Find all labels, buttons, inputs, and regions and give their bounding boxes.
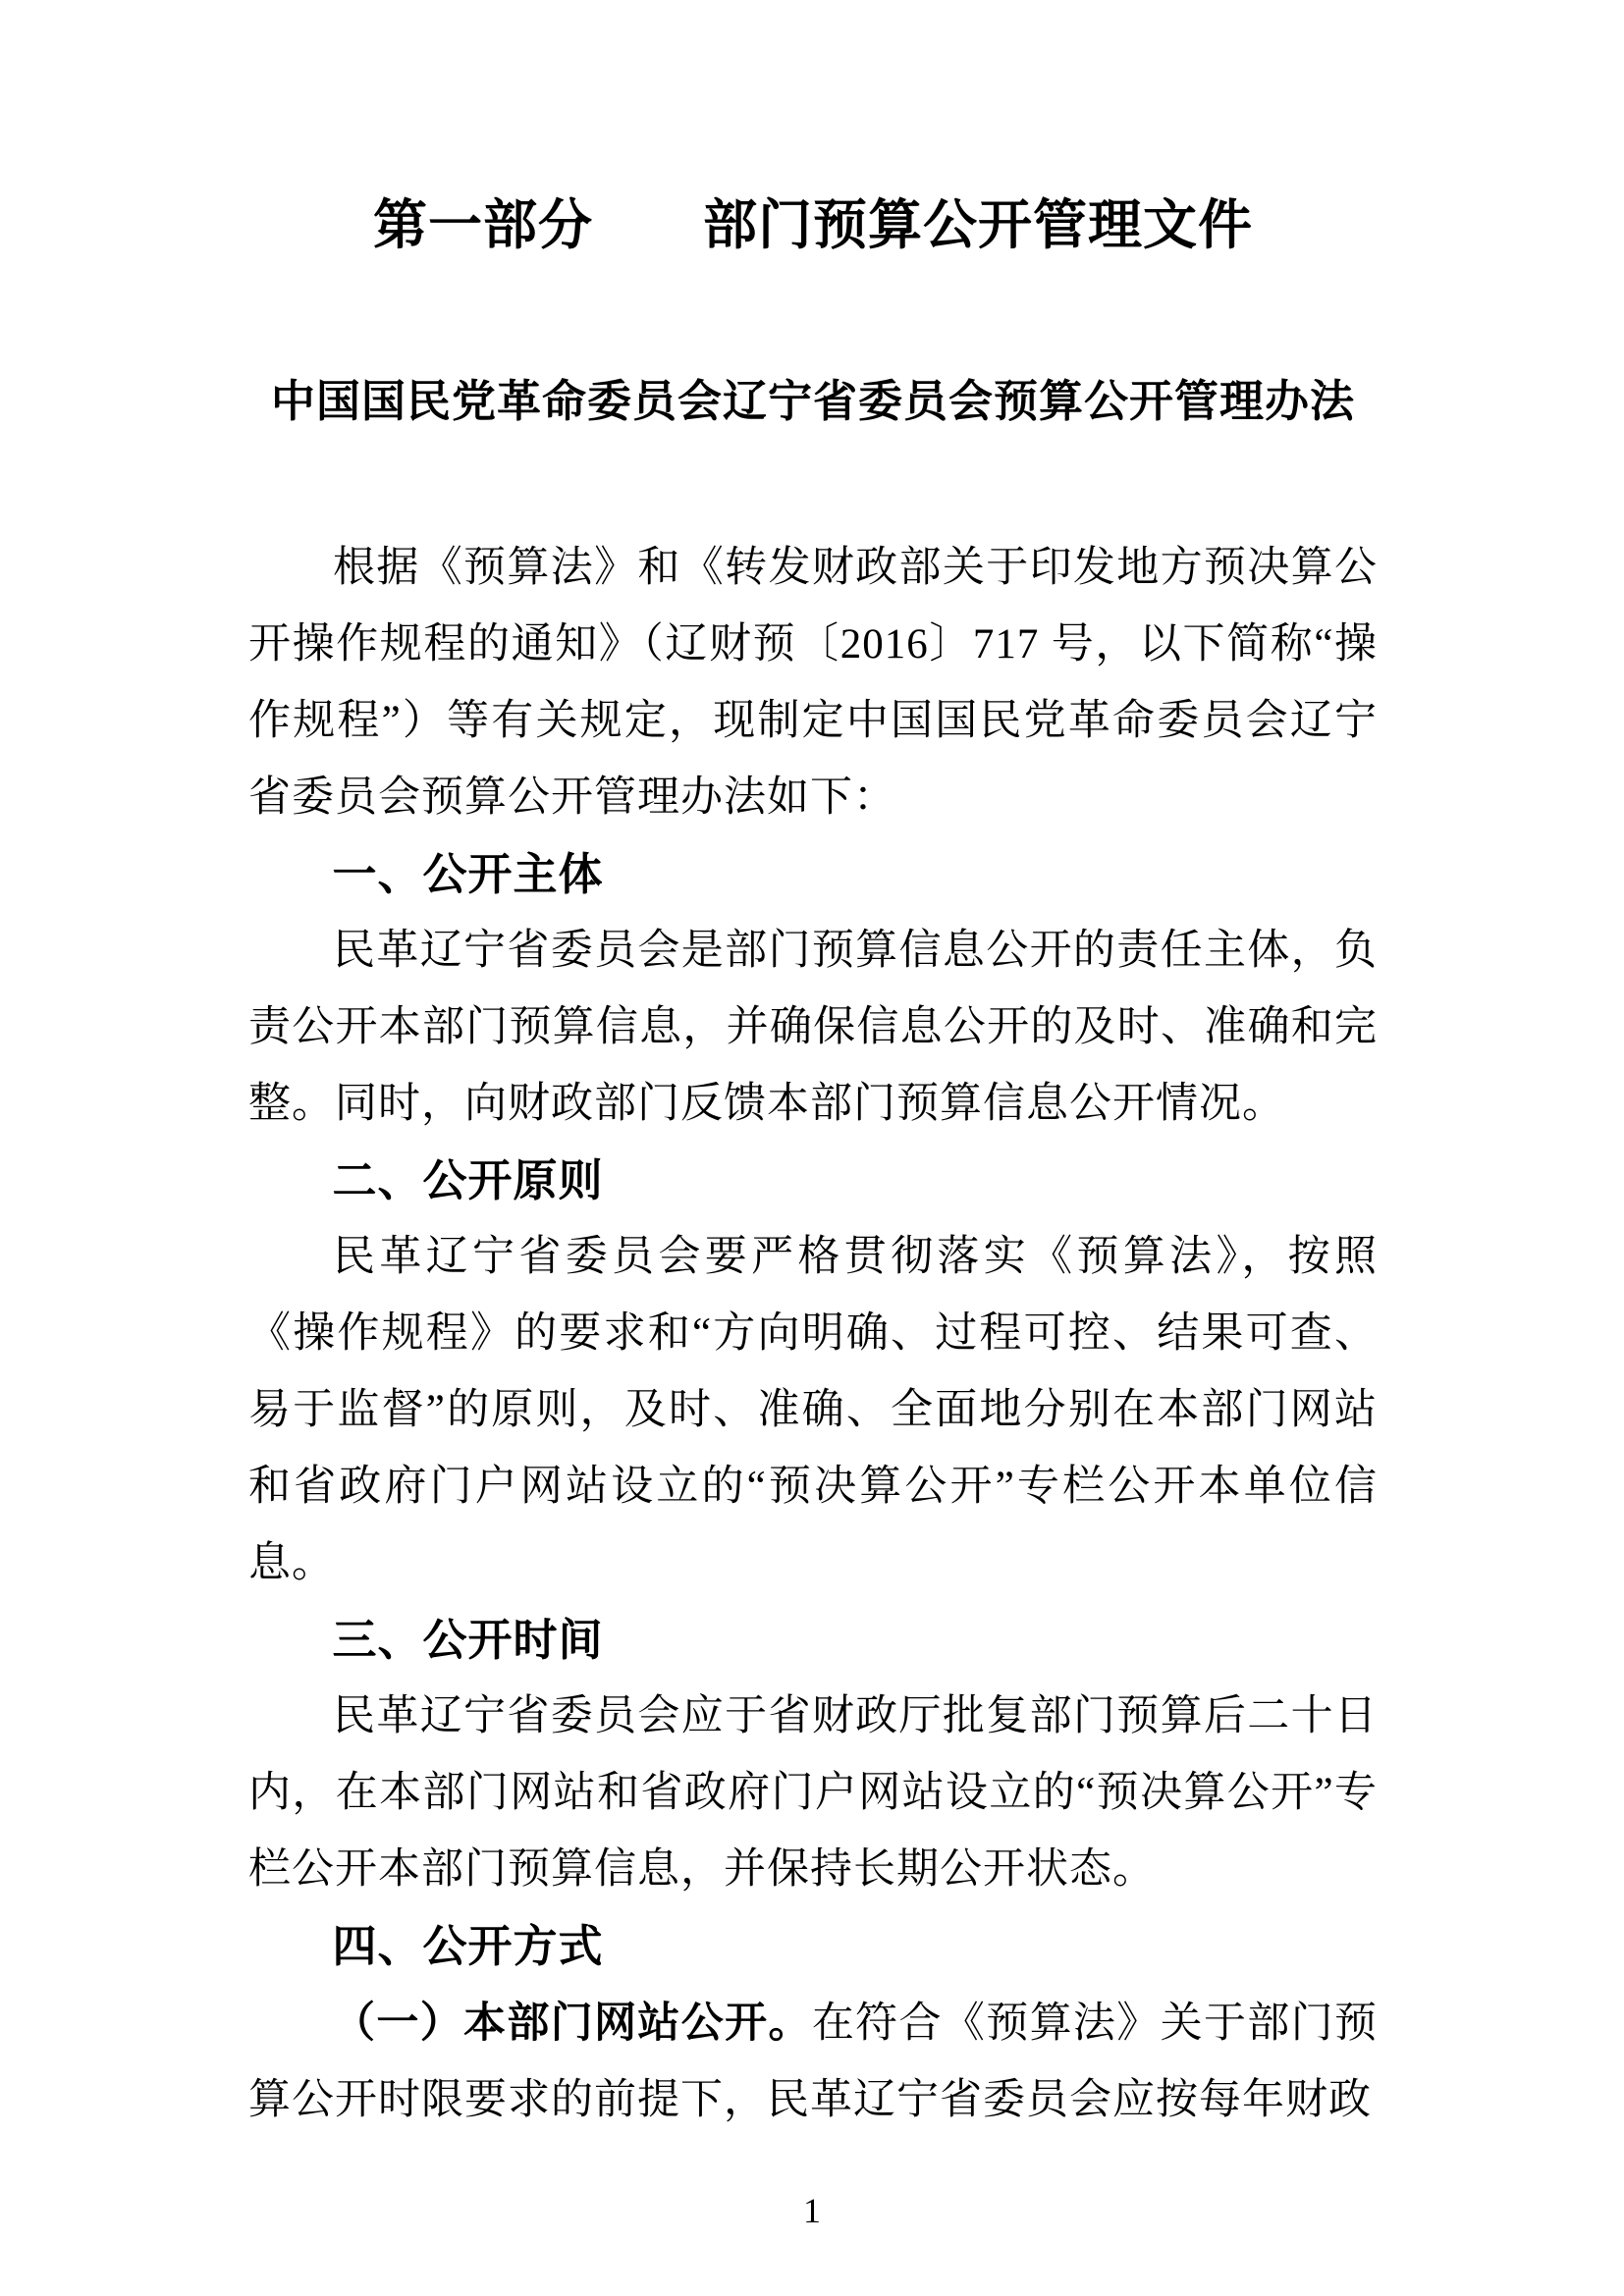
part-title: 第一部分 部门预算公开管理文件 — [248, 187, 1378, 265]
page-content: 第一部分 部门预算公开管理文件 中国国民党革命委员会辽宁省委员会预算公开管理办法… — [248, 0, 1378, 2139]
section-heading-2: 二、公开原则 — [248, 1143, 1378, 1219]
section-paragraph-2: 民革辽宁省委员会要严格贯彻落实《预算法》，按照《操作规程》的要求和“方向明确、过… — [248, 1219, 1378, 1602]
section-paragraph-3: 民革辽宁省委员会应于省财政厅批复部门预算后二十日内，在本部门网站和省政府门户网站… — [248, 1679, 1378, 1908]
paragraph-lead-bold: （一）本部门网站公开。 — [333, 2000, 812, 2047]
document-title: 中国国民党革命委员会辽宁省委员会预算公开管理办法 — [248, 371, 1378, 432]
intro-paragraph: 根据《预算法》和《转发财政部关于印发地方预决算公开操作规程的通知》（辽财预〔20… — [248, 530, 1378, 836]
section-heading-3: 三、公开时间 — [248, 1602, 1378, 1679]
document-page: 第一部分 部门预算公开管理文件 中国国民党革命委员会辽宁省委员会预算公开管理办法… — [0, 0, 1624, 2296]
section-paragraph-4: （一）本部门网站公开。在符合《预算法》关于部门预算公开时限要求的前提下，民革辽宁… — [248, 1985, 1378, 2139]
section-heading-1: 一、公开主体 — [248, 836, 1378, 913]
page-number: 1 — [0, 2189, 1624, 2232]
section-heading-4: 四、公开方式 — [248, 1908, 1378, 1985]
body-text: 根据《预算法》和《转发财政部关于印发地方预决算公开操作规程的通知》（辽财预〔20… — [248, 530, 1378, 2139]
section-paragraph-1: 民革辽宁省委员会是部门预算信息公开的责任主体，负责公开本部门预算信息，并确保信息… — [248, 913, 1378, 1143]
